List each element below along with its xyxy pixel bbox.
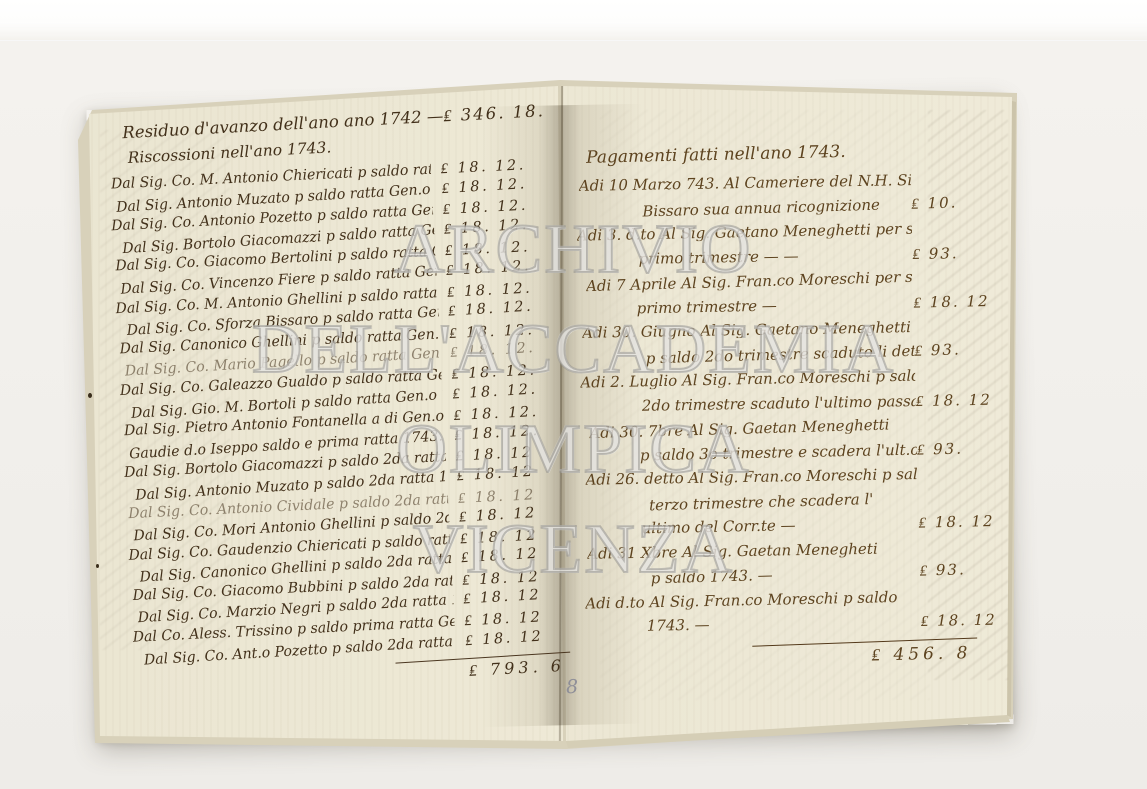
entry-amount — [913, 279, 1009, 282]
entry-amount: ₤ 93. — [917, 440, 1013, 457]
entry-amount: ₤ 18. 12. — [449, 321, 568, 341]
entry-amount: ₤ 93. — [914, 340, 1010, 358]
entry-amount: ₤ 18. 12 — [455, 444, 574, 464]
entry-amount: ₤ 18. 12. — [451, 362, 570, 382]
entry-amount: ₤ 18. 12 — [918, 514, 1014, 531]
entry-amount: ₤ 93. — [919, 561, 1015, 579]
folio-number-pencil: 8 — [566, 676, 579, 698]
entry-amount — [916, 426, 1012, 429]
entry-amount — [919, 551, 1015, 553]
entry-amount — [918, 499, 1014, 502]
entry-amount — [915, 379, 1011, 381]
manuscript-scan: Residuo d'avanzo dell'ano ano 1742 — ₤ 3… — [0, 0, 1147, 789]
entry-amount: ₤ 18. 12. — [440, 157, 559, 177]
entry-amount: ₤ 93. — [912, 245, 1008, 262]
entry-amount — [914, 330, 1010, 332]
ink-speck — [96, 564, 99, 568]
entry-amount: ₤ 18. 12 — [464, 609, 583, 629]
entry-amount: ₤ 10. — [911, 193, 1007, 211]
entry-amount: ₤ 18. 12 — [913, 293, 1009, 310]
entry-amount — [918, 477, 1014, 479]
entry-amount — [911, 183, 1007, 185]
entry-amount: ₤ 18. 12. — [453, 404, 572, 424]
entry-amount — [912, 232, 1008, 234]
entry-amount: ₤ 18. 12 — [916, 392, 1012, 409]
right-page-text: Pagamenti fatti nell'ano 1743. Adi 10 Ma… — [578, 140, 1018, 670]
left-page-text: Residuo d'avanzo dell'ano ano 1742 — ₤ 3… — [108, 103, 585, 697]
entry-amount: ₤ 18. 12 — [462, 568, 581, 588]
entry-amount: ₤ 18. 12. — [443, 197, 562, 217]
entry-amount: ₤ 18. 12. — [445, 239, 564, 259]
scanner-glare-band — [0, 0, 1147, 41]
entry-text: Adi 10 Marzo 743. Al Cameriere del N.H. … — [579, 173, 911, 194]
ink-speck — [88, 393, 92, 398]
left-page-entries: Dal Sig. Co. M. Antonio Chiericati p sal… — [111, 155, 584, 672]
right-page-lines: Adi 10 Marzo 743. Al Cameriere del N.H. … — [579, 170, 1017, 645]
entry-amount: ₤ 18. 12 — [921, 612, 1017, 629]
entry-amount — [920, 599, 1016, 601]
carryover-amount: ₤ 346. 18. — [443, 103, 556, 125]
